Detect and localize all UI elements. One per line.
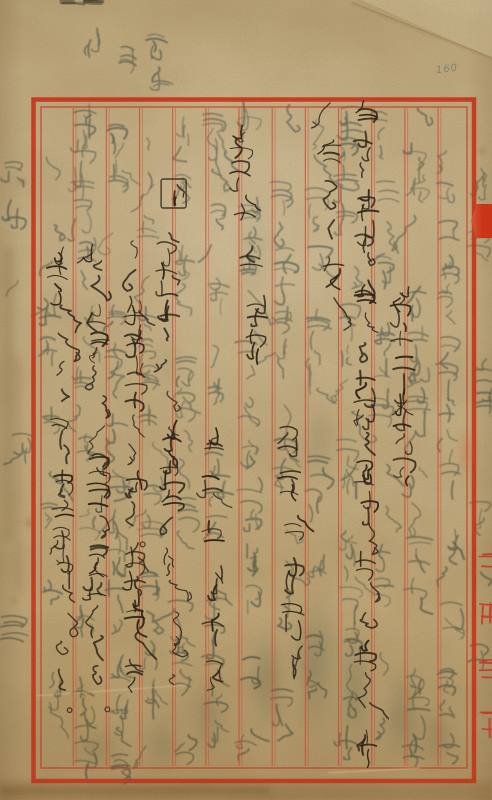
border-inner <box>41 107 467 768</box>
red-ruled-frame <box>0 0 492 800</box>
bleed-blob <box>135 700 190 790</box>
bleed-blob <box>300 380 340 500</box>
edge-glyph <box>477 706 492 740</box>
top-edge-ink-mark <box>0 0 492 800</box>
text-column-body-2 <box>311 94 355 362</box>
foxing-spot <box>479 148 486 155</box>
bottom-stain-streak <box>0 786 270 795</box>
text-column-annotation <box>150 175 194 244</box>
bleed-blob <box>150 310 190 420</box>
bleed-blob <box>375 650 430 780</box>
paper-crease <box>328 768 420 774</box>
bleed-blob <box>280 560 350 760</box>
text-column-body-4 <box>192 422 236 732</box>
bottom-stain-band <box>0 777 492 800</box>
bleed-blob <box>330 600 380 770</box>
stain-streak <box>3 248 14 543</box>
bleed-blob <box>185 650 230 780</box>
red-ink-smudge <box>453 413 481 491</box>
paper-grain-overlay <box>0 0 492 800</box>
text-column-date <box>381 282 425 520</box>
stain-streak <box>14 358 22 593</box>
edge-glyph <box>477 650 492 684</box>
foxing-spot <box>25 518 34 527</box>
verso-ink-bleed-layer <box>0 0 492 800</box>
text-column-body-1 <box>345 94 389 788</box>
stain-blob <box>38 600 138 775</box>
text-column-body-6 <box>113 232 157 730</box>
text-column-body-3 <box>272 420 316 718</box>
foxing-spot <box>11 598 17 604</box>
bleed-blob <box>230 180 280 320</box>
border-outer <box>34 100 475 782</box>
text-column-body-5 <box>150 225 194 732</box>
edge-glyph <box>477 595 492 629</box>
text-column-heading <box>228 120 272 426</box>
bleed-blob <box>60 720 140 780</box>
paper-crease <box>36 685 186 696</box>
red-index-tab <box>471 204 492 238</box>
pencil-page-number: 160 <box>435 63 458 77</box>
scanned-diary-page: 160 <box>0 0 492 800</box>
bleed-blob <box>415 690 460 780</box>
text-column-body-8 <box>40 240 84 750</box>
edge-glyph <box>477 540 492 574</box>
foxing-spot <box>19 178 26 185</box>
bleed-blob <box>240 600 295 760</box>
text-column-body-7 <box>77 237 121 751</box>
